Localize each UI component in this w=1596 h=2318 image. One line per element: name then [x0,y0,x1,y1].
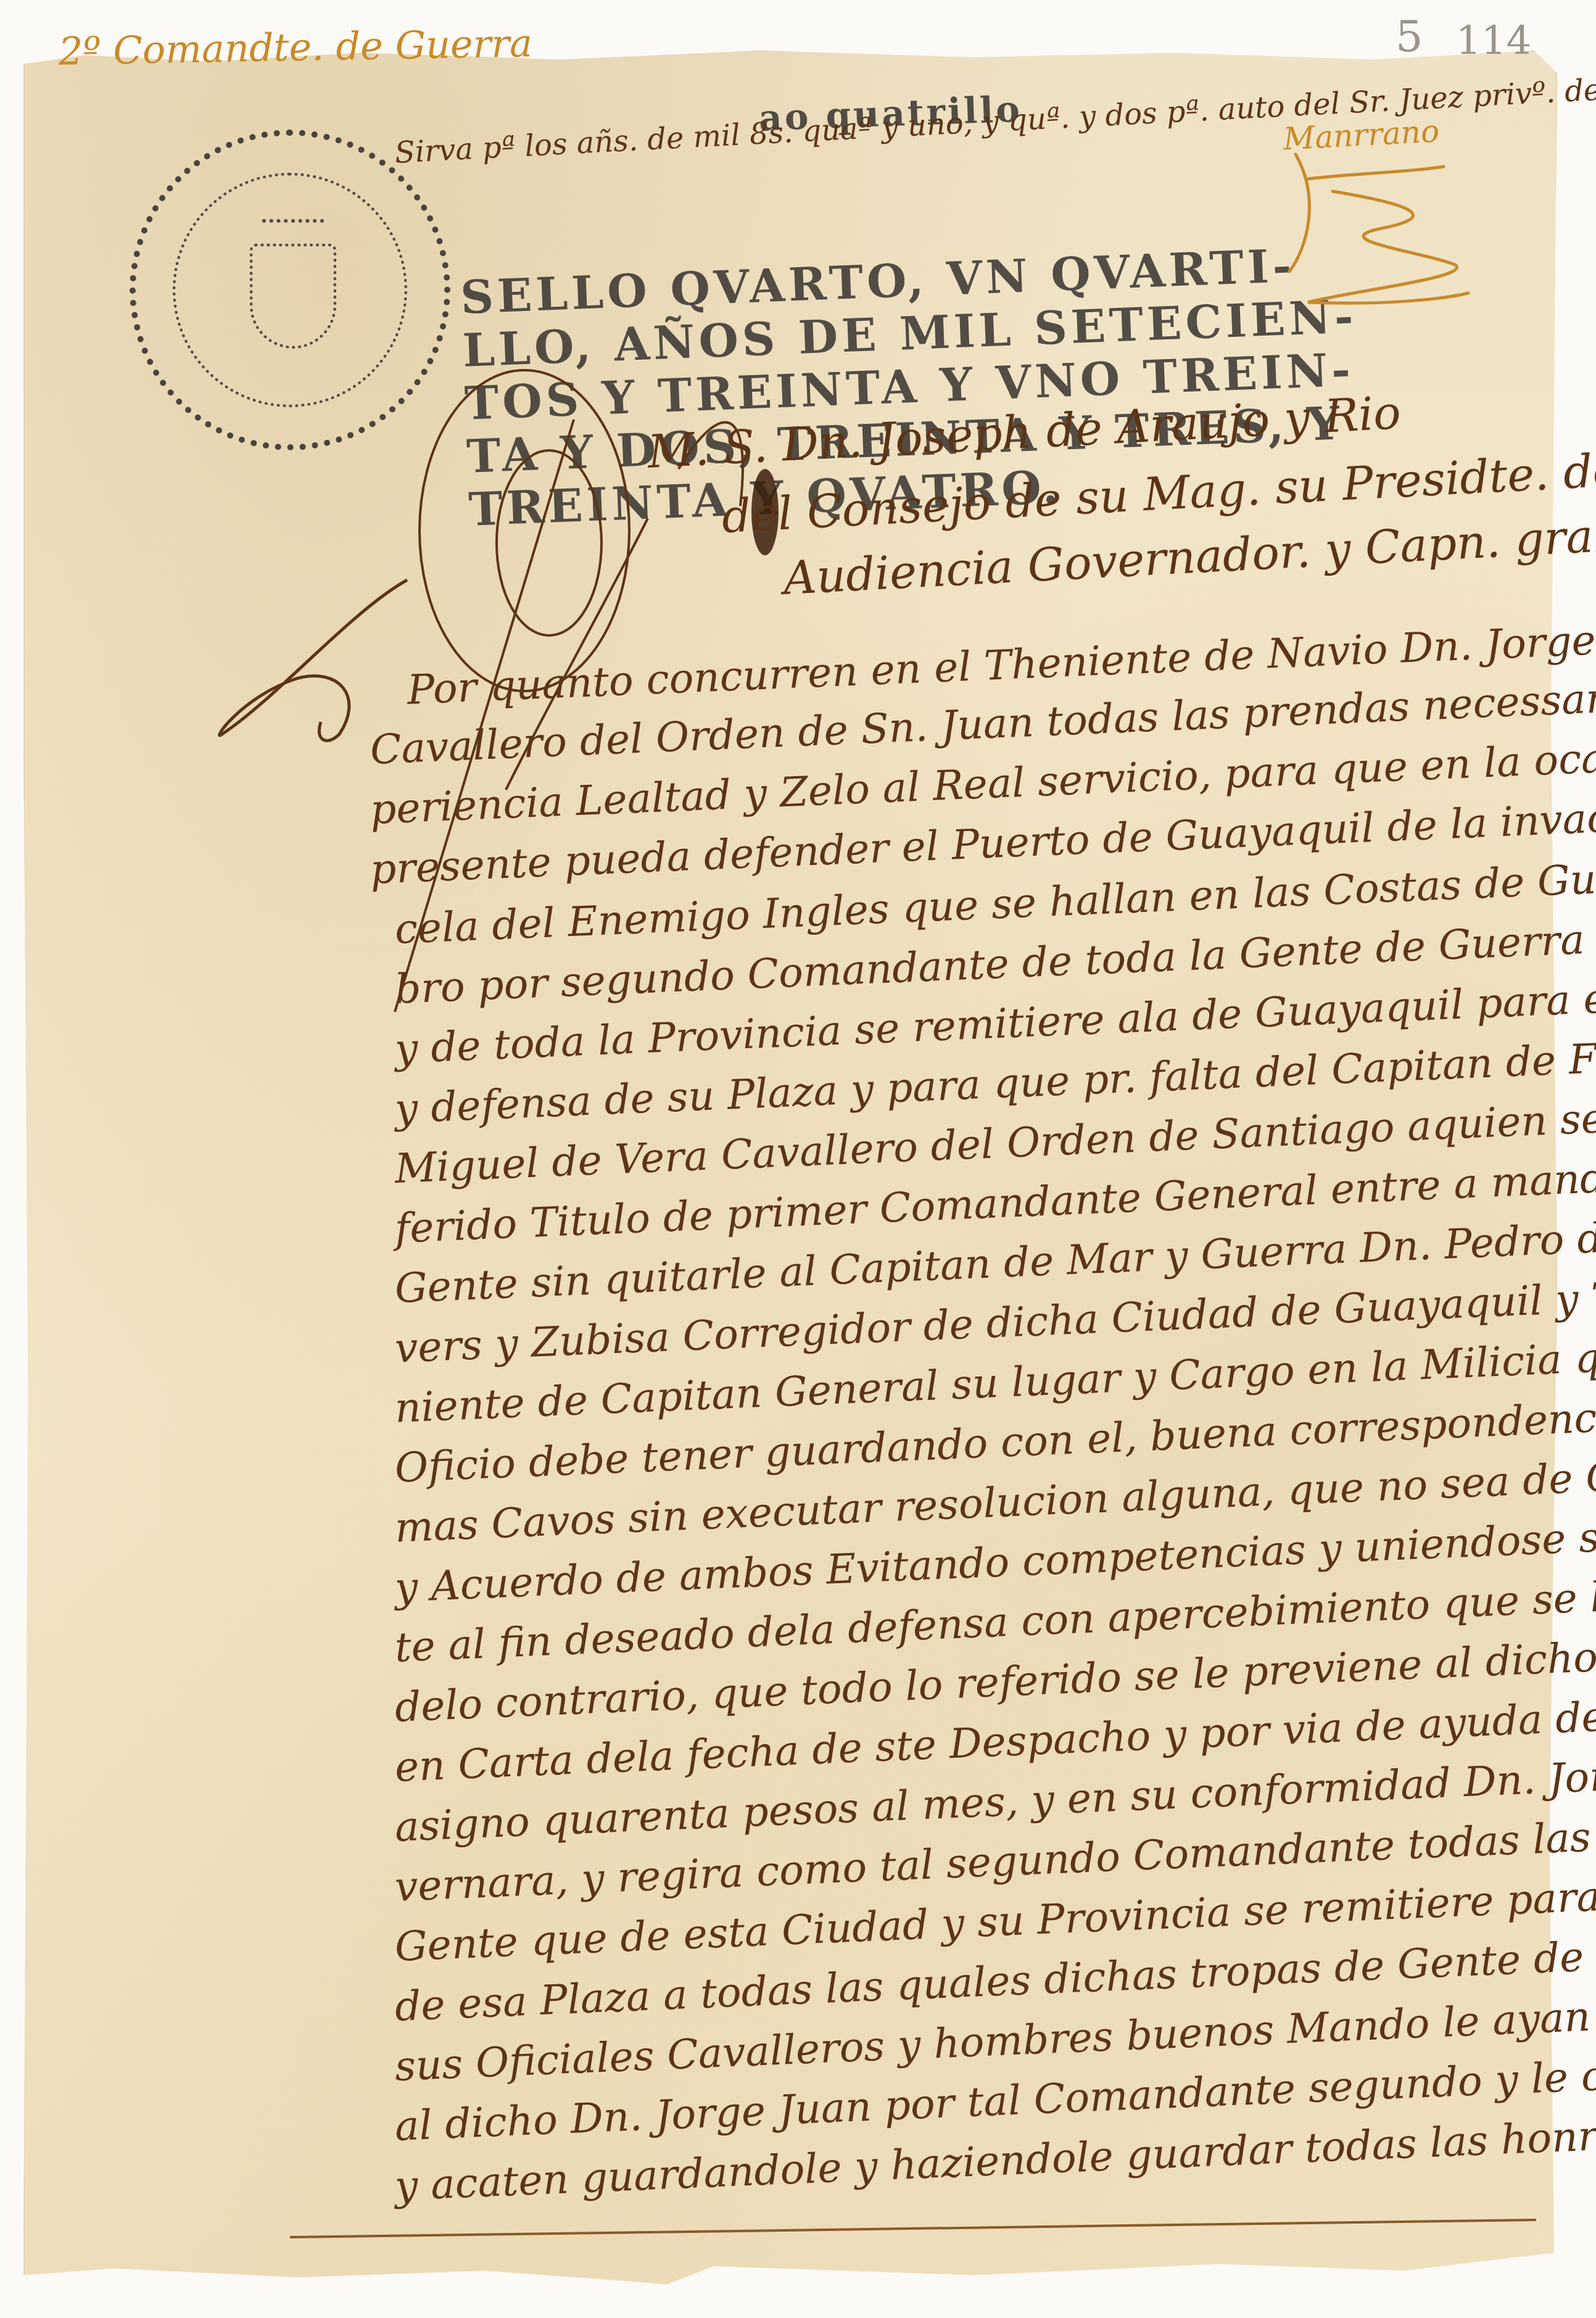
pencil-mark-number: 114 [1456,19,1531,64]
rubric-flourish-icon [1283,148,1481,315]
margin-title: 2º Comandte. de Guerra [58,20,532,73]
seal-shield-icon [250,244,336,349]
pencil-mark-folio: 5 [1395,11,1423,62]
